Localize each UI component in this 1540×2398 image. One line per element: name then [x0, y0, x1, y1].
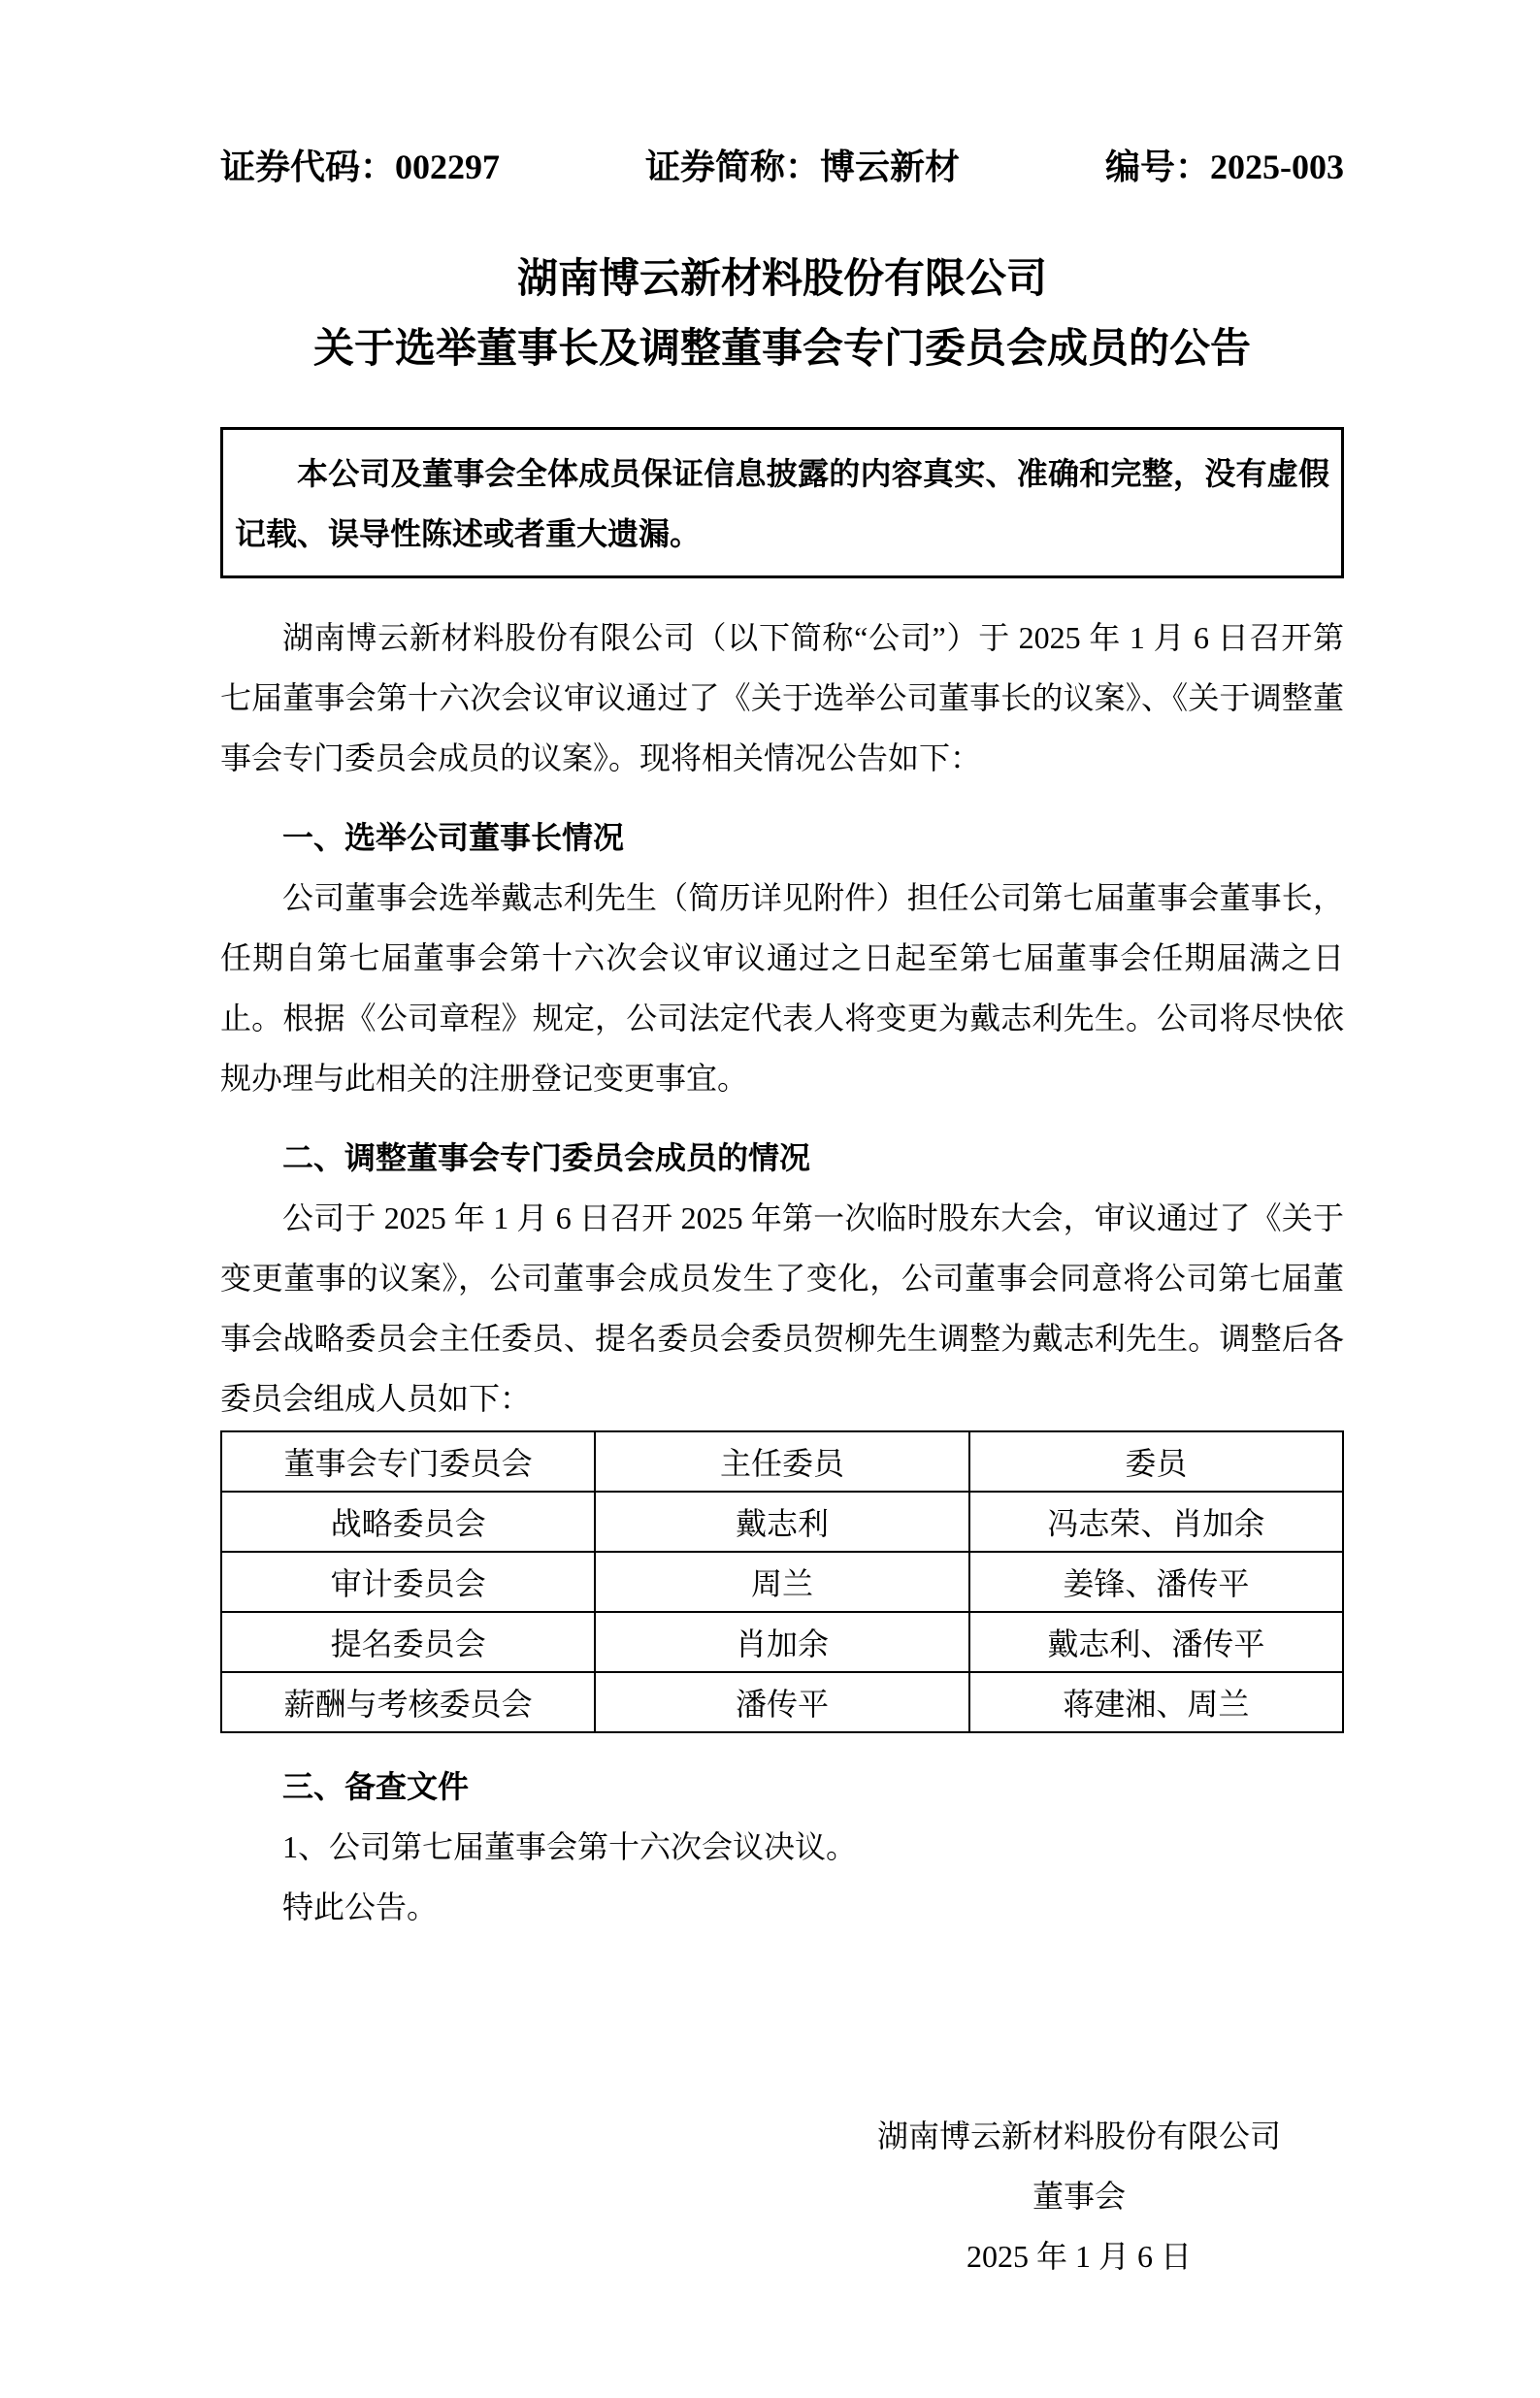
table-header-cell: 董事会专门委员会 — [221, 1431, 595, 1492]
table-cell: 提名委员会 — [221, 1612, 595, 1672]
table-cell: 冯志荣、肖加余 — [969, 1492, 1343, 1552]
table-cell: 肖加余 — [595, 1612, 968, 1672]
signature-company: 湖南博云新材料股份有限公司 — [877, 2106, 1281, 2166]
committee-table: 董事会专门委员会 主任委员 委员 战略委员会 戴志利 冯志荣、肖加余 审计委员会… — [220, 1430, 1344, 1733]
securities-abbr-text: 证券简称：博云新材 — [645, 146, 960, 188]
table-header-cell: 委员 — [969, 1431, 1343, 1492]
section-2-paragraph: 公司于 2025 年 1 月 6 日召开 2025 年第一次临时股东大会，审议通… — [220, 1188, 1344, 1429]
section-1-heading: 一、选举公司董事长情况 — [220, 807, 1344, 868]
table-cell: 薪酬与考核委员会 — [221, 1672, 595, 1732]
announcement-page: 证券代码：002297 证券简称：博云新材 编号：2025-003 湖南博云新材… — [0, 0, 1540, 2398]
section-1-paragraph: 公司董事会选举戴志利先生（简历详见附件）担任公司第七届董事会董事长，任期自第七届… — [220, 868, 1344, 1108]
table-row: 薪酬与考核委员会 潘传平 蒋建湘、周兰 — [221, 1672, 1343, 1732]
table-header-row: 董事会专门委员会 主任委员 委员 — [221, 1431, 1343, 1492]
table-cell: 戴志利、潘传平 — [969, 1612, 1343, 1672]
announcement-number-text: 编号：2025-003 — [1105, 146, 1344, 188]
table-cell: 潘传平 — [595, 1672, 968, 1732]
securities-header: 证券代码：002297 证券简称：博云新材 编号：2025-003 — [220, 146, 1344, 188]
securities-code-text: 证券代码：002297 — [220, 146, 500, 188]
closing-statement: 特此公告。 — [220, 1877, 1344, 1937]
table-header-cell: 主任委员 — [595, 1431, 968, 1492]
table-cell: 蒋建湘、周兰 — [969, 1672, 1343, 1732]
disclaimer-text: 本公司及董事会全体成员保证信息披露的内容真实、准确和完整，没有虚假记载、误导性陈… — [235, 443, 1329, 564]
company-title: 湖南博云新材料股份有限公司 — [220, 245, 1344, 314]
table-cell: 姜锋、潘传平 — [969, 1552, 1343, 1612]
table-cell: 战略委员会 — [221, 1492, 595, 1552]
section-3-heading: 三、备查文件 — [220, 1757, 1344, 1817]
signature-block: 湖南博云新材料股份有限公司 董事会 2025 年 1 月 6 日 — [877, 2106, 1281, 2286]
table-row: 战略委员会 戴志利 冯志荣、肖加余 — [221, 1492, 1343, 1552]
document-item: 1、公司第七届董事会第十六次会议决议。 — [220, 1817, 1344, 1877]
disclaimer-box: 本公司及董事会全体成员保证信息披露的内容真实、准确和完整，没有虚假记载、误导性陈… — [220, 427, 1344, 578]
table-cell: 戴志利 — [595, 1492, 968, 1552]
section-2-heading: 二、调整董事会专门委员会成员的情况 — [220, 1128, 1344, 1188]
table-row: 提名委员会 肖加余 戴志利、潘传平 — [221, 1612, 1343, 1672]
intro-paragraph: 湖南博云新材料股份有限公司（以下简称“公司”）于 2025 年 1 月 6 日召… — [220, 608, 1344, 788]
table-row: 审计委员会 周兰 姜锋、潘传平 — [221, 1552, 1343, 1612]
signature-board: 董事会 — [877, 2166, 1281, 2226]
table-cell: 审计委员会 — [221, 1552, 595, 1612]
table-cell: 周兰 — [595, 1552, 968, 1612]
signature-date: 2025 年 1 月 6 日 — [877, 2226, 1281, 2286]
announcement-title: 关于选举董事长及调整董事会专门委员会成员的公告 — [220, 314, 1344, 384]
